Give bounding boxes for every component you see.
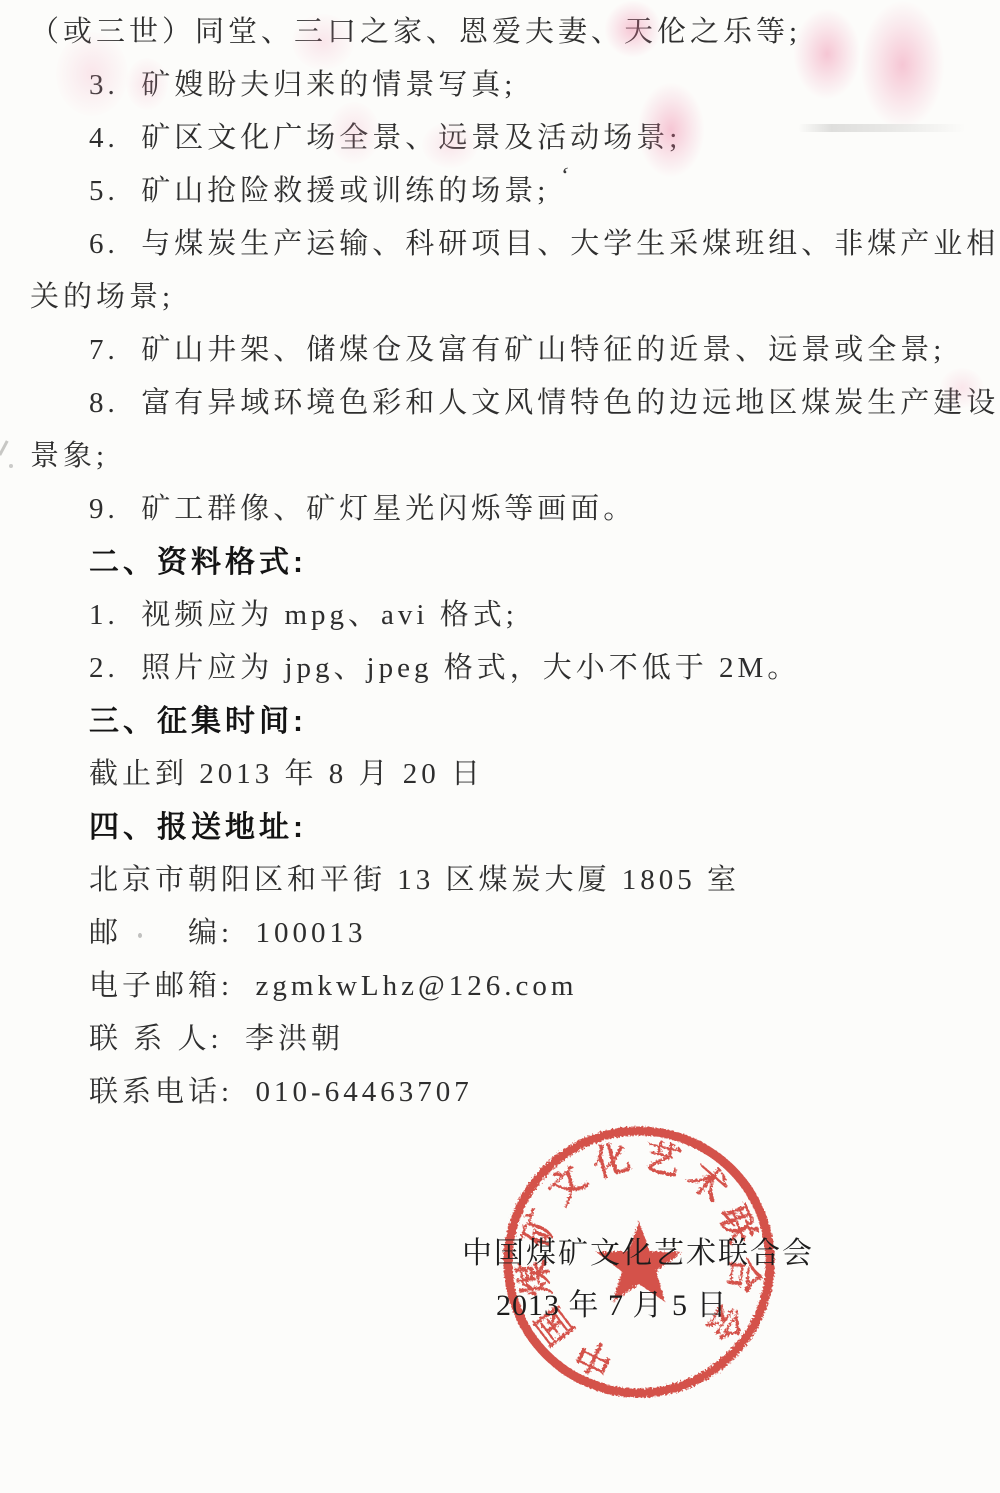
list-item: 8. 富有异域环境色彩和人文风情特色的边远地区煤炭生产建设 [0,377,1000,430]
deadline-text: 截止到 2013 年 8 月 20 日 [0,748,1000,801]
list-item-continuation: 景象; [0,430,1000,483]
document-body: （或三世）同堂、三口之家、恩爱夫妻、天伦之乐等; 3. 矿嫂盼夫归来的情景写真;… [0,6,1000,1119]
smudge-mark [798,124,966,132]
body-line: （或三世）同堂、三口之家、恩爱夫妻、天伦之乐等; [0,6,1000,59]
list-item: 1. 视频应为 mpg、avi 格式; [0,589,1000,642]
contact-person-text: 联 系 人: 李洪朝 [0,1013,1000,1066]
list-item: 7. 矿山井架、储煤仓及富有矿山特征的近景、远景或全景; [0,324,1000,377]
list-item: 3. 矿嫂盼夫归来的情景写真; [0,59,1000,112]
list-item-continuation: 关的场景; [0,271,1000,324]
seal-character: 艺 [641,1136,685,1183]
signature-organization: 中国煤矿文化艺术联合会 [462,1228,814,1272]
list-item: 6. 与煤炭生产运输、科研项目、大学生采煤班组、非煤产业相 [0,218,1000,271]
address-text: 北京市朝阳区和平街 13 区煤炭大厦 1805 室 [0,854,1000,907]
email-text: 电子邮箱: zgmkwLhz@126.com [0,960,1000,1013]
seal-character: 化 [588,1137,634,1185]
section-heading-deadline: 三、征集时间: [0,695,1000,748]
list-item: 2. 照片应为 jpg、jpeg 格式，大小不低于 2M。 [0,642,1000,695]
speck-mark [9,464,13,468]
list-item: 4. 矿区文化广场全景、远景及活动场景; [0,112,1000,165]
postcode-text: 邮 编: 100013 [0,907,1000,960]
contact-phone-text: 联系电话: 010-64463707 [0,1066,1000,1119]
section-heading-address: 四、报送地址: [0,801,1000,854]
list-item: 5. 矿山抢险救援或训练的场景; [0,165,1000,218]
section-heading-format: 二、资料格式: [0,536,1000,589]
list-item: 9. 矿工群像、矿灯星光闪烁等画面。 [0,483,1000,536]
speck-mark [138,933,142,938]
signature-date: 2013 年 7 月 5 日 [496,1280,728,1324]
scanned-document-page: （或三世）同堂、三口之家、恩爱夫妻、天伦之乐等; 3. 矿嫂盼夫归来的情景写真;… [0,0,1000,1493]
